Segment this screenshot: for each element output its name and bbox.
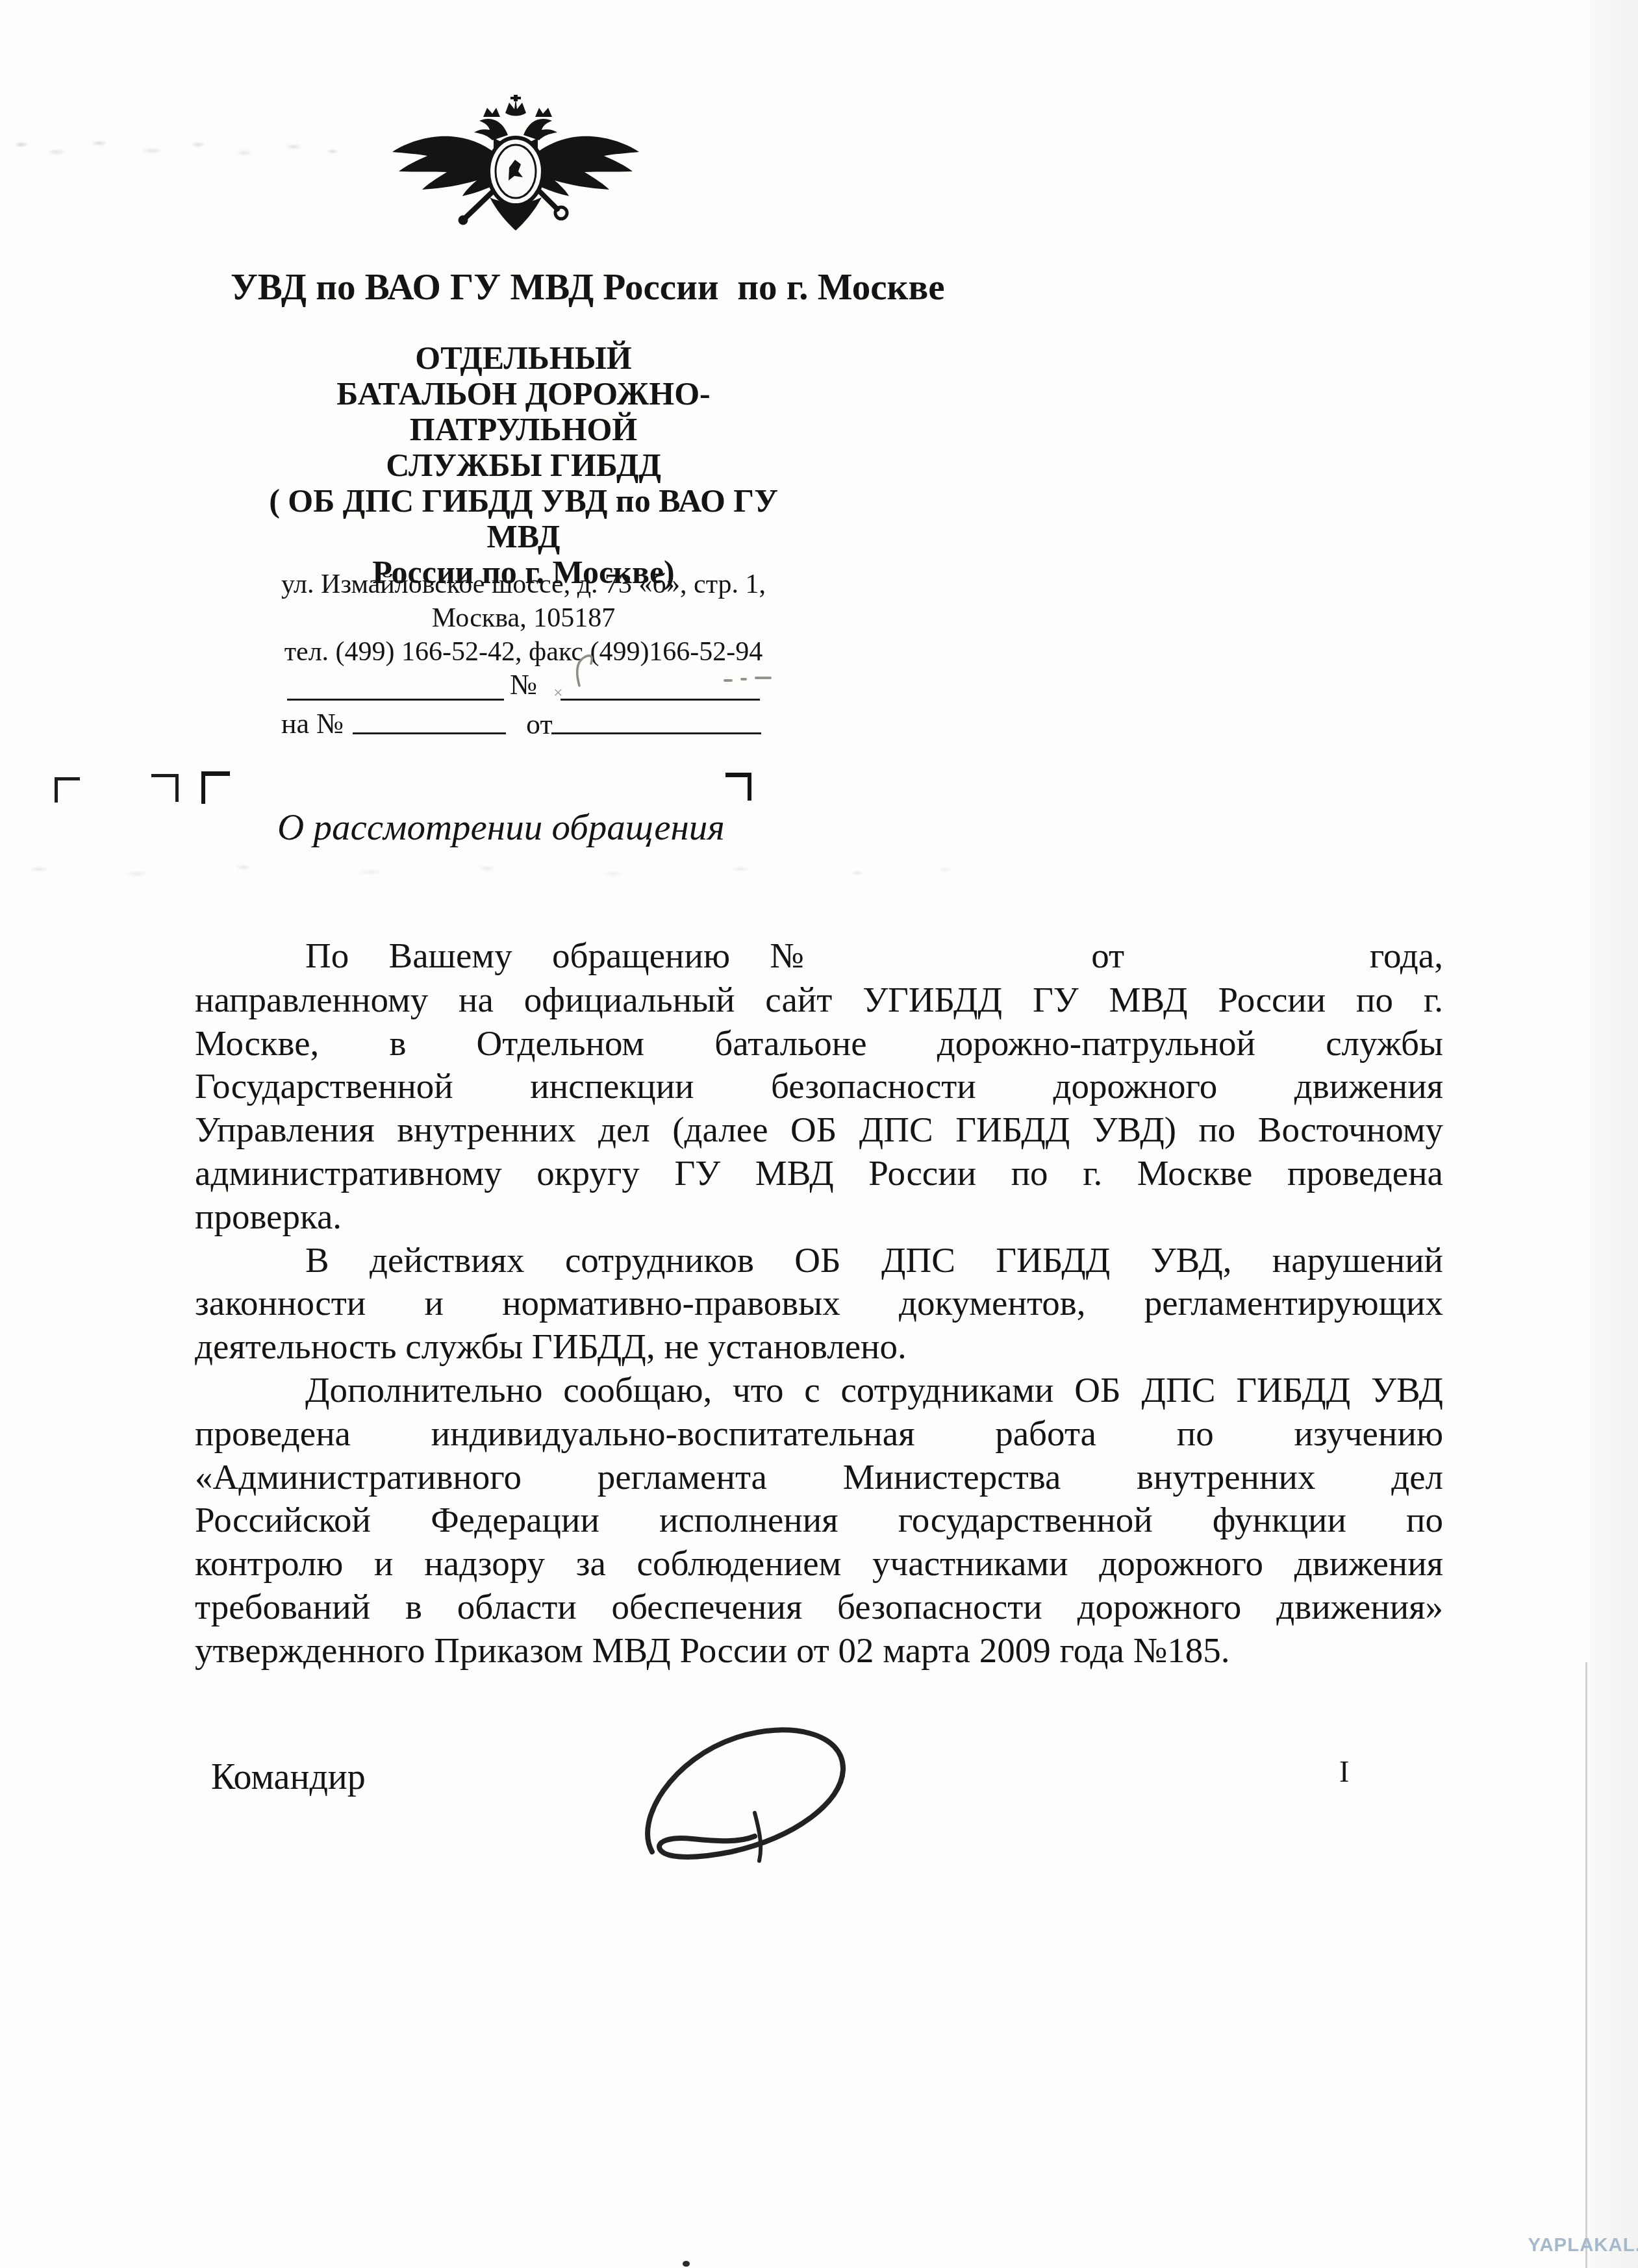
body-line: деятельность службы ГИБДД, не установлен… [195,1325,1443,1369]
scanned-letter-page: УВД по ВАО ГУ МВД России по г. Москве ОТ… [0,0,1638,2268]
body-line: В действиях сотрудников ОБ ДПС ГИБДД УВД… [195,1239,1443,1282]
ref-from-blank-line [551,732,761,734]
body-word: № [770,935,803,976]
org-name: УВД по ВАО ГУ МВД России по г. Москве [231,268,816,307]
unit-name-line: БАТАЛЬОН ДОРОЖНО-ПАТРУЛЬНОЙ [231,376,816,447]
body-line: административному округу ГУ МВД России п… [195,1152,1443,1195]
scan-edge-line [1585,1662,1587,2268]
scan-edge-shade [1590,0,1638,2268]
ref-on-number-label: на № [281,709,344,739]
pencil-mark [570,651,629,691]
letter-body: По Вашему обращению № от года, направлен… [195,935,1443,1673]
address-line: Москва, 105187 [231,601,816,635]
unit-name-block: ОТДЕЛЬНЫЙ БАТАЛЬОН ДОРОЖНО-ПАТРУЛЬНОЙ СЛ… [231,340,816,590]
body-line: утвержденного Приказом МВД России от 02 … [195,1629,1443,1673]
corner-mark [725,773,751,801]
body-line: Москве, в Отдельном батальоне дорожно-па… [195,1022,1443,1065]
body-line: проверка. [195,1195,1443,1239]
ref-from-label: от [526,710,553,740]
body-line: Управления внутренних дел (далее ОБ ДПС … [195,1108,1443,1152]
scan-speck [683,2261,690,2267]
body-word: года, [1370,935,1443,976]
watermark: YAPLAKAL.COM [1528,2234,1638,2256]
signer-title: Командир [211,1756,366,1798]
body-line: направленному на официальный сайт УГИБДД… [195,978,1443,1022]
scan-tick-mark: × [553,683,563,703]
body-line: проведена индивидуально-воспитательная р… [195,1412,1443,1456]
subject-line: О рассмотрении обращения [277,808,725,848]
handwritten-signature [596,1722,888,1865]
ref-number-blank-line [287,699,504,701]
address-block: ул. Измайловское шоссе, д. 73 «б», стр. … [231,567,816,669]
body-word: обращению [552,935,730,976]
letterhead: УВД по ВАО ГУ МВД России по г. Москве ОТ… [231,0,816,714]
body-word: от [1091,935,1124,976]
body-line: Государственной инспекции безопасности д… [195,1065,1443,1108]
body-line-with-blanks: По Вашему обращению № от года, [195,935,1443,978]
address-line: тел. (499) 166-52-42, факс (499)166-52-9… [231,635,816,669]
body-word: По [305,935,349,976]
body-line: требований в области обеспечения безопас… [195,1586,1443,1629]
corner-mark [55,777,80,803]
body-line: контролю и надзору за соблюдением участн… [195,1542,1443,1586]
body-line: Российской Федерации исполнения государс… [195,1499,1443,1542]
pencil-dots [722,671,787,687]
unit-name-line: СЛУЖБЫ ГИБДД [231,447,816,483]
ref-number-label: № [510,670,537,700]
body-line: «Административного регламента Министерст… [195,1456,1443,1499]
ref-date-blank-line [561,699,760,701]
body-word: Вашему [389,935,512,976]
address-line: ул. Измайловское шоссе, д. 73 «б», стр. … [231,567,816,601]
page-mark: I [1339,1754,1349,1789]
body-line: Дополнительно сообщаю, что с сотрудникам… [195,1369,1443,1412]
scan-noise-band [0,856,974,886]
ref-on-number-blank-line [353,732,506,734]
corner-mark [201,771,230,804]
unit-name-line: ОТДЕЛЬНЫЙ [231,340,816,376]
corner-mark [151,774,179,802]
unit-name-line: ( ОБ ДПС ГИБДД УВД по ВАО ГУ МВД [231,483,816,555]
body-line: законности и нормативно-правовых докумен… [195,1282,1443,1325]
